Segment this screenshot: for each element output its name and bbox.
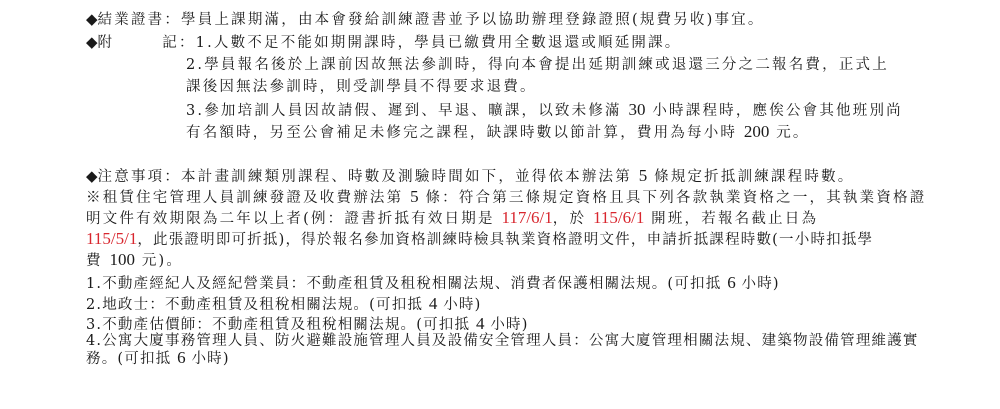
- notes-label-a: 附: [98, 35, 115, 51]
- diamond-bullet-icon: ◆: [86, 167, 98, 185]
- expiry-date-highlight: 117/6/1: [501, 208, 552, 227]
- credit-item-4-text: 4.公寓大廈事務管理人員、防火避難設施管理人員及設備安全管理人員：公寓大廈管理相…: [86, 333, 919, 349]
- attention-text-b: 條規定折抵訓練課程時數。: [654, 169, 854, 185]
- regulation-text-d: ，於: [553, 211, 586, 227]
- credit-item-2-text: 2.地政士：不動產租賃及租稅相關法規。(可扣抵: [86, 297, 423, 313]
- regulation-line-3: 115/5/1，此張證明即可折抵)，得於報名參加資格訓練時檢具執業資格證明文件，…: [86, 229, 873, 250]
- notes-label-b: 記：: [162, 35, 195, 51]
- credit-item-4-unit: 小時): [191, 351, 229, 367]
- credit-item-1: 1.不動產經紀人及經紀營業員：不動產租賃及租稅相關法規、消費者保護相關法規。(可…: [86, 273, 780, 294]
- attention-label: 注意事項：: [98, 169, 182, 185]
- note-item-3-line-2: 有名額時，另至公會補足未修完之課程，缺課時數以節計算，費用為每小時 200 元。: [186, 122, 810, 143]
- credit-item-1-hours: 6: [727, 273, 736, 292]
- completion-certificate-line: ◆結業證書：學員上課期滿，由本會發給訓練證書並予以協助辦理登錄證照(規費另收)事…: [86, 9, 765, 30]
- regulation-fee: 100: [110, 250, 136, 269]
- regulation-line-2: 明文件有效期限為二年以上者(例：證書折抵有效日期是 117/6/1，於 115/…: [86, 208, 818, 229]
- diamond-bullet-icon: ◆: [86, 10, 98, 28]
- completion-text: 學員上課期滿，由本會發給訓練證書並予以協助辦理登錄證照(規費另收)事宜。: [181, 12, 765, 28]
- class-start-date-highlight: 115/6/1: [593, 208, 644, 227]
- note-item-3-line-1: 3.參加培訓人員因故請假、遲到、早退、曠課，以致未修滿 30 小時課程時，應俟公…: [186, 100, 903, 121]
- note-item-3-hours: 30: [629, 100, 646, 119]
- regulation-text-c: 明文件有效期限為二年以上者(例：證書折抵有效日期是: [86, 211, 495, 227]
- credit-item-4-text-2: 務。(可扣抵: [86, 351, 171, 367]
- notes-line-1: ◆附記：1.人數不足不能如期開課時，學員已繳費用全數退還或順延開課。: [86, 32, 682, 53]
- attention-article: 5: [639, 166, 648, 185]
- credit-item-4-hours: 6: [177, 348, 186, 367]
- regulation-text-b: 條：符合第三條規定資格且具下列各款執業資格之一，其執業資格證: [425, 190, 926, 206]
- note-item-3-text-c: 有名額時，另至公會補足未修完之課程，缺課時數以節計算，費用為每小時: [186, 125, 737, 141]
- regulation-text-a: ※租賃住宅管理人員訓練發證及收費辦法第: [86, 190, 403, 206]
- note-item-3-text-a: 3.參加培訓人員因故請假、遲到、早退、曠課，以致未修滿: [186, 103, 622, 119]
- registration-deadline-highlight: 115/5/1: [86, 229, 137, 248]
- credit-item-2: 2.地政士：不動產租賃及租稅相關法規。(可扣抵 4 小時): [86, 294, 481, 315]
- credit-item-1-unit: 小時): [742, 276, 780, 292]
- note-item-2-line-2: 課後因無法參訓時，則受訓學員不得要求退費。: [186, 77, 537, 97]
- note-item-3-text-d: 元。: [776, 125, 809, 141]
- regulation-text-e: 開班，若報名截止日為: [651, 211, 818, 227]
- regulation-line-1: ※租賃住宅管理人員訓練發證及收費辦法第 5 條：符合第三條規定資格且具下列各款執…: [86, 187, 926, 208]
- regulation-text-f: ，此張證明即可折抵)，得於報名參加資格訓練時檢具執業資格證明文件，申請折抵課程時…: [137, 232, 873, 248]
- regulation-text-h: 元)。: [142, 253, 183, 269]
- attention-line: ◆注意事項：本計畫訓練類別課程、時數及測驗時間如下，並得依本辦法第 5 條規定折…: [86, 166, 854, 187]
- note-item-3-text-b: 小時課程時，應俟公會其他班別尚: [652, 103, 903, 119]
- completion-label: 結業證書：: [98, 12, 182, 28]
- regulation-article: 5: [410, 187, 419, 206]
- attention-text-a: 本計畫訓練類別課程、時數及測驗時間如下，並得依本辦法第: [181, 169, 632, 185]
- note-item-2-line-1: 2.學員報名後於上課前因故無法參訓時，得向本會提出延期訓練或退還三分之二報名費，…: [186, 55, 889, 75]
- note-item-1: 1.人數不足不能如期開課時，學員已繳費用全數退還或順延開課。: [196, 35, 682, 51]
- credit-item-1-text: 1.不動產經紀人及經紀營業員：不動產租賃及租稅相關法規、消費者保護相關法規。(可…: [86, 276, 721, 292]
- credit-item-4-line-2: 務。(可扣抵 6 小時): [86, 348, 230, 369]
- credit-item-2-unit: 小時): [443, 297, 481, 313]
- regulation-text-g: 費: [86, 253, 103, 269]
- regulation-line-4: 費 100 元)。: [86, 250, 183, 271]
- credit-item-2-hours: 4: [429, 294, 438, 313]
- note-item-3-fee: 200: [744, 122, 770, 141]
- diamond-bullet-icon: ◆: [86, 33, 98, 51]
